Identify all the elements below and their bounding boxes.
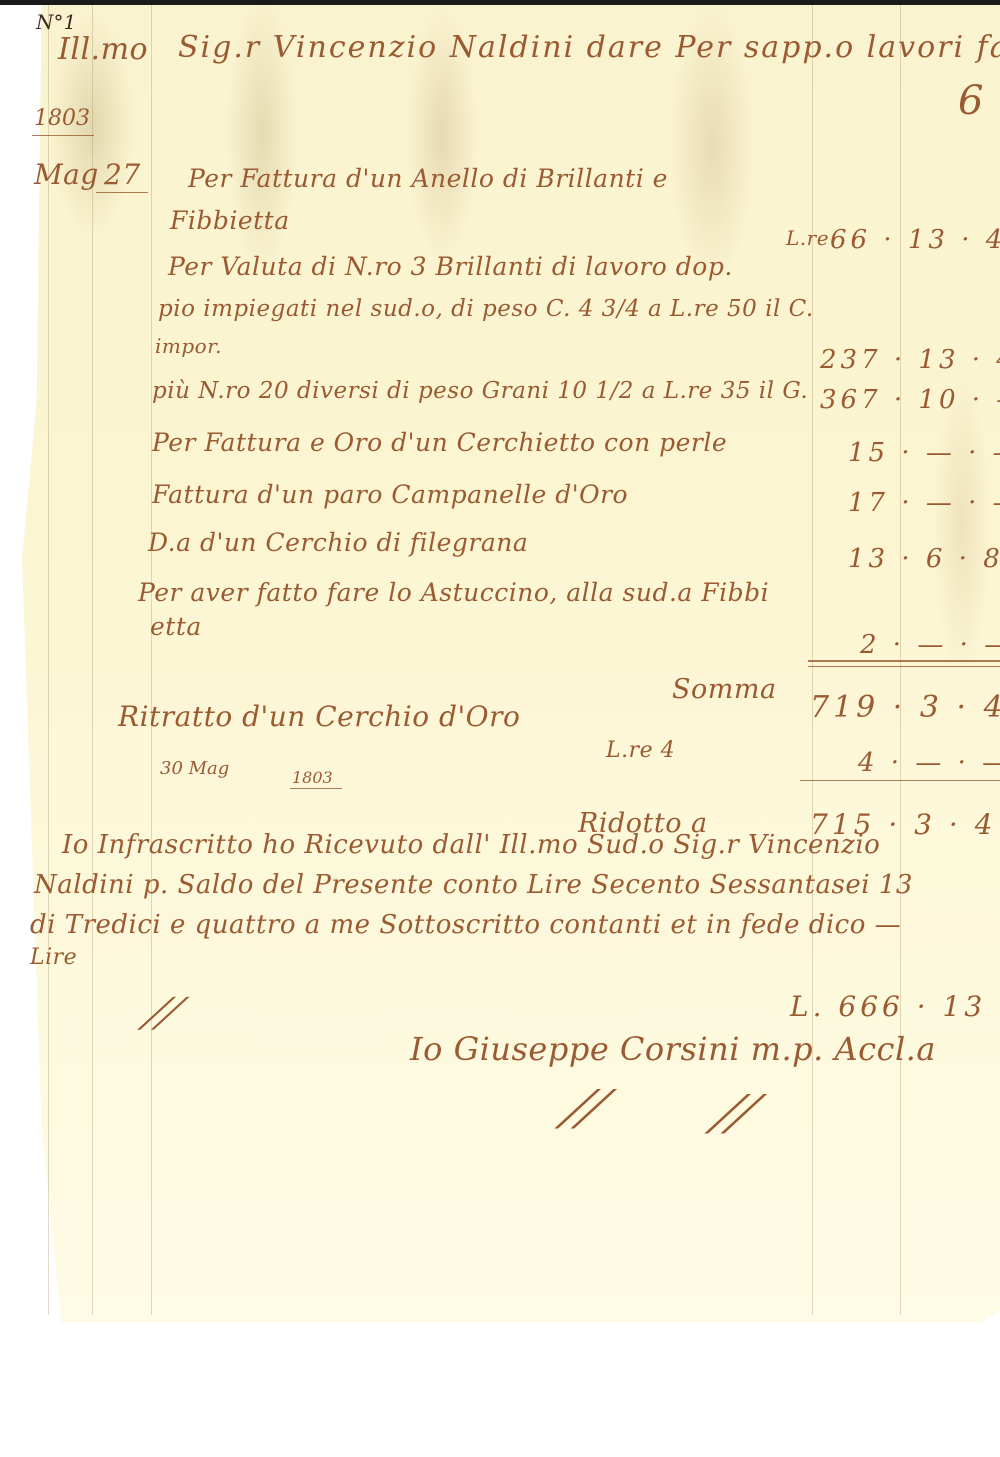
item-5-line-1: Fattura d'un paro Campanelle d'Oro	[152, 480, 628, 509]
corner-mark: 6	[958, 78, 983, 124]
deduction-amount: 4 · — · —	[858, 748, 1000, 778]
item-4-amount: 15 · — · —	[848, 438, 1000, 468]
total-rule	[800, 780, 1000, 781]
deduction-date: 30 Mag	[160, 758, 229, 779]
paper-sheet	[22, 5, 1000, 1323]
item-4-line-1: Per Fattura e Oro d'un Cerchietto con pe…	[152, 428, 727, 457]
item-6-amount: 13 · 6 · 8	[848, 544, 1000, 574]
item-2-line-2: pio impiegati nel sud.o, di peso C. 4 3/…	[158, 296, 814, 322]
item-7-line-1: Per aver fatto fare lo Astuccino, alla s…	[138, 578, 769, 607]
date-year: 1803	[34, 106, 90, 131]
scan-top-border	[0, 0, 1000, 5]
somma-label: Somma	[672, 674, 777, 705]
receipt-line-2: Naldini p. Saldo del Presente conto Lire…	[34, 870, 913, 900]
account-title: Sig.r Vincenzio Naldini dare Per sapp.o …	[178, 30, 1000, 65]
item-2-line-3: impor.	[155, 334, 222, 358]
deduction-inline: L.re 4	[606, 738, 675, 763]
date-month: Mag	[34, 158, 99, 191]
signature: Io Giuseppe Corsini m.p. Accl.a	[410, 1030, 936, 1068]
somma-amount: 719 · 3 · 4	[810, 690, 1000, 725]
item-5-amount: 17 · — · —	[848, 488, 1000, 518]
final-amount: L. 666 · 13 · 4	[790, 990, 1000, 1023]
item-3-amount: 367 · 10 · —	[820, 385, 1000, 415]
year-underline	[32, 135, 94, 136]
subtotal-rule	[808, 660, 1000, 662]
ruled-line	[151, 5, 152, 1315]
item-2-line-1: Per Valuta di N.ro 3 Brillanti di lavoro…	[168, 252, 733, 281]
receipt-line-3: di Tredici e quattro a me Sottoscritto c…	[30, 910, 901, 940]
deduction-year: 1803	[292, 768, 333, 787]
date-day: 27	[104, 158, 141, 191]
item-6-line-1: D.a d'un Cerchio di filegrana	[148, 528, 528, 557]
item-7-amount: 2 · — · —	[860, 630, 1000, 660]
item-7-line-2: etta	[150, 612, 202, 641]
item-1-amount: 66 · 13 · 4	[830, 225, 1000, 255]
item-1-line-1: Per Fattura d'un Anello di Brillanti e	[188, 164, 668, 193]
item-2-amount: 237 · 13 · 4	[820, 345, 1000, 375]
item-1-currency: L.re	[786, 226, 829, 250]
salutation: Ill.mo	[58, 32, 148, 67]
receipt-line-1: Io Infrascritto ho Ricevuto dall' Ill.mo…	[62, 830, 880, 860]
receipt-line-4: Lire	[30, 945, 77, 970]
deduction-year-underline	[290, 788, 342, 789]
margin-note: N°1	[36, 10, 76, 34]
day-underline	[96, 192, 148, 193]
subtotal-rule-2	[808, 666, 1000, 667]
ruled-line	[92, 5, 93, 1315]
ruled-line	[48, 5, 49, 1315]
item-1-line-2: Fibbietta	[170, 206, 290, 235]
deduction-text: Ritratto d'un Cerchio d'Oro	[118, 700, 520, 733]
item-3-line-1: più N.ro 20 diversi di peso Grani 10 1/2…	[152, 378, 808, 404]
